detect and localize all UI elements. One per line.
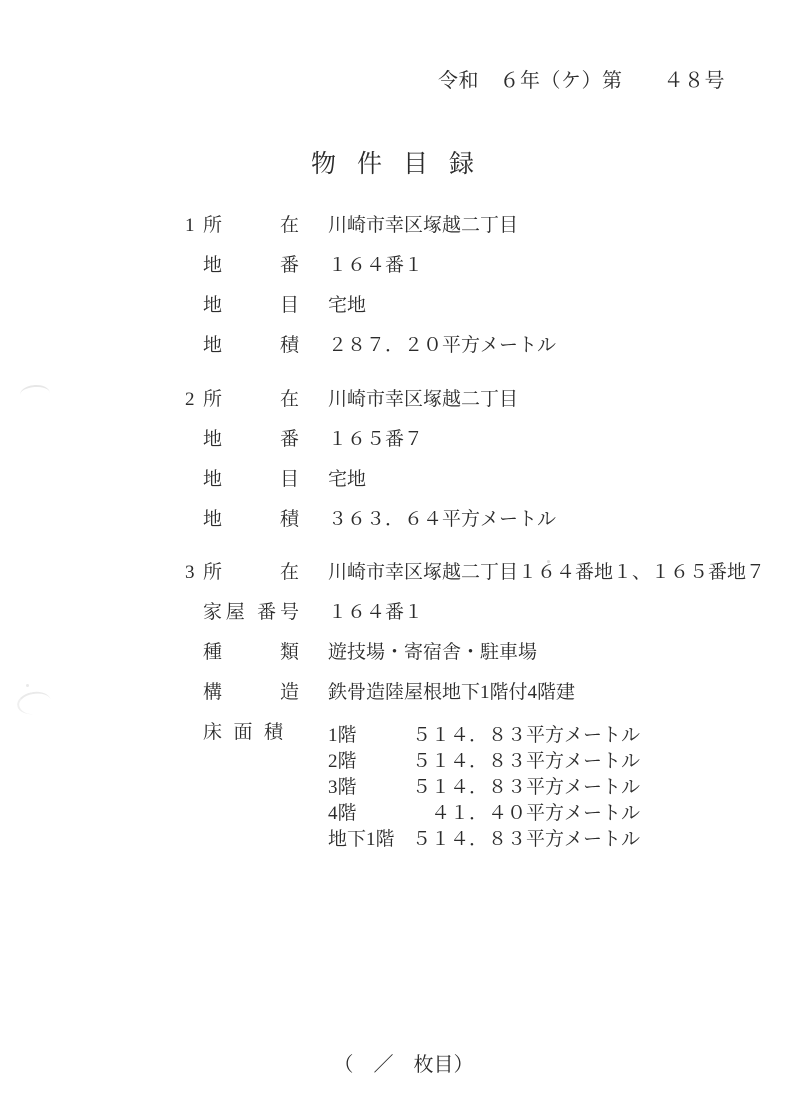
field-label: 所 在 — [203, 216, 299, 236]
case-number: 令和 ６年（ケ）第 ４８号 — [438, 64, 725, 93]
property-entry-1: 1 所 在 川崎市幸区塚越二丁目 地 番 １６４番１ 地 目 宅地 地 積 ２８… — [185, 216, 745, 376]
field-label: 所 在 — [203, 390, 299, 410]
floor-area-unit: 平方メートル — [526, 723, 640, 749]
property-entry-3: 3 所 在 川崎市幸区塚越二丁目１６４番地１、１６５番地７ 家屋 番号 １６４番… — [185, 563, 745, 853]
field-value: ３６３．６４平方メートル — [328, 510, 556, 530]
field-value: 川崎市幸区塚越二丁目１６４番地１、１６５番地７ — [328, 563, 765, 583]
floor-name: 3階 — [328, 775, 412, 801]
field-row-lot-number: 地 番 １６５番７ — [185, 430, 745, 450]
floor-area-row: 地下1階 ５１４．８３ 平方メートル — [328, 827, 640, 853]
floor-name: 4階 — [328, 801, 412, 827]
floor-area-row: 1階 ５１４．８３ 平方メートル — [328, 723, 640, 749]
entry-number: 3 — [185, 563, 203, 583]
field-row-structure: 構 造 鉄骨造陸屋根地下1階付4階建 — [185, 683, 745, 703]
field-label: 地 目 — [203, 296, 299, 316]
field-row-location: 2 所 在 川崎市幸区塚越二丁目 — [185, 390, 745, 410]
property-entry-2: 2 所 在 川崎市幸区塚越二丁目 地 番 １６５番７ 地 目 宅地 地 積 ３６… — [185, 390, 745, 550]
entry-number: 2 — [185, 390, 203, 410]
field-row-lot-number: 地 番 １６４番１ — [185, 256, 745, 276]
field-value: 宅地 — [328, 296, 366, 316]
page-title: 物件目録 — [311, 144, 495, 180]
field-label: 地 番 — [203, 430, 299, 450]
floor-area-value: ５１４．８３ — [412, 723, 526, 749]
field-label: 家屋 番号 — [203, 603, 299, 623]
floor-area-row: 2階 ５１４．８３ 平方メートル — [328, 749, 640, 775]
field-label: 種 類 — [203, 643, 299, 663]
field-label: 所 在 — [203, 563, 299, 583]
scan-artifact — [15, 689, 52, 717]
field-row-building-number: 家屋 番号 １６４番１ — [185, 603, 745, 623]
field-value: １６４番１ — [328, 603, 423, 623]
field-value: 川崎市幸区塚越二丁目 — [328, 216, 518, 236]
floor-area-row: 4階 ４１．４０ 平方メートル — [328, 801, 640, 827]
field-label: 地 積 — [203, 336, 299, 356]
floor-area-value: ５１４．８３ — [412, 775, 526, 801]
floor-area-unit: 平方メートル — [526, 827, 640, 853]
field-row-location: 3 所 在 川崎市幸区塚越二丁目１６４番地１、１６５番地７ — [185, 563, 745, 583]
floor-name: 2階 — [328, 749, 412, 775]
floor-area-unit: 平方メートル — [526, 775, 640, 801]
scan-artifact — [26, 684, 29, 687]
floor-area-unit: 平方メートル — [526, 801, 640, 827]
field-row-building-type: 種 類 遊技場・寄宿舎・駐車場 — [185, 643, 745, 663]
field-row-land-category: 地 目 宅地 — [185, 296, 745, 316]
field-row-land-area: 地 積 ２８７．２０平方メートル — [185, 336, 745, 356]
floor-area-unit: 平方メートル — [526, 749, 640, 775]
floor-name: 地下1階 — [328, 827, 412, 853]
floor-name: 1階 — [328, 723, 412, 749]
field-value: 宅地 — [328, 470, 366, 490]
field-value: １６５番７ — [328, 430, 423, 450]
field-label: 床 面 積 — [203, 723, 283, 743]
field-row-location: 1 所 在 川崎市幸区塚越二丁目 — [185, 216, 745, 236]
entry-number: 1 — [185, 216, 203, 236]
field-label: 地 目 — [203, 470, 299, 490]
field-value: 川崎市幸区塚越二丁目 — [328, 390, 518, 410]
field-value: 鉄骨造陸屋根地下1階付4階建 — [328, 683, 575, 703]
field-row-floor-area: 床 面 積 1階 ５１４．８３ 平方メートル 2階 ５１４．８３ 平方メートル … — [185, 723, 745, 853]
footer-page-number: （ ／ 枚目） — [0, 1048, 785, 1077]
field-value: １６４番１ — [328, 256, 423, 276]
field-value: 遊技場・寄宿舎・駐車場 — [328, 643, 537, 663]
floor-area-list: 1階 ５１４．８３ 平方メートル 2階 ５１４．８３ 平方メートル 3階 ５１４… — [328, 723, 640, 853]
field-label: 地 番 — [203, 256, 299, 276]
field-row-land-area: 地 積 ３６３．６４平方メートル — [185, 510, 745, 530]
scan-artifact — [19, 384, 50, 404]
document-page: 令和 ６年（ケ）第 ４８号 物件目録 1 所 在 川崎市幸区塚越二丁目 地 番 … — [0, 0, 785, 1107]
scan-artifact — [547, 560, 550, 563]
field-row-land-category: 地 目 宅地 — [185, 470, 745, 490]
field-label: 地 積 — [203, 510, 299, 530]
floor-area-value: ５１４．８３ — [412, 749, 526, 775]
floor-area-value: ５１４．８３ — [412, 827, 526, 853]
field-label: 構 造 — [203, 683, 299, 703]
floor-area-row: 3階 ５１４．８３ 平方メートル — [328, 775, 640, 801]
field-value: ２８７．２０平方メートル — [328, 336, 556, 356]
floor-area-value: ４１．４０ — [412, 801, 526, 827]
